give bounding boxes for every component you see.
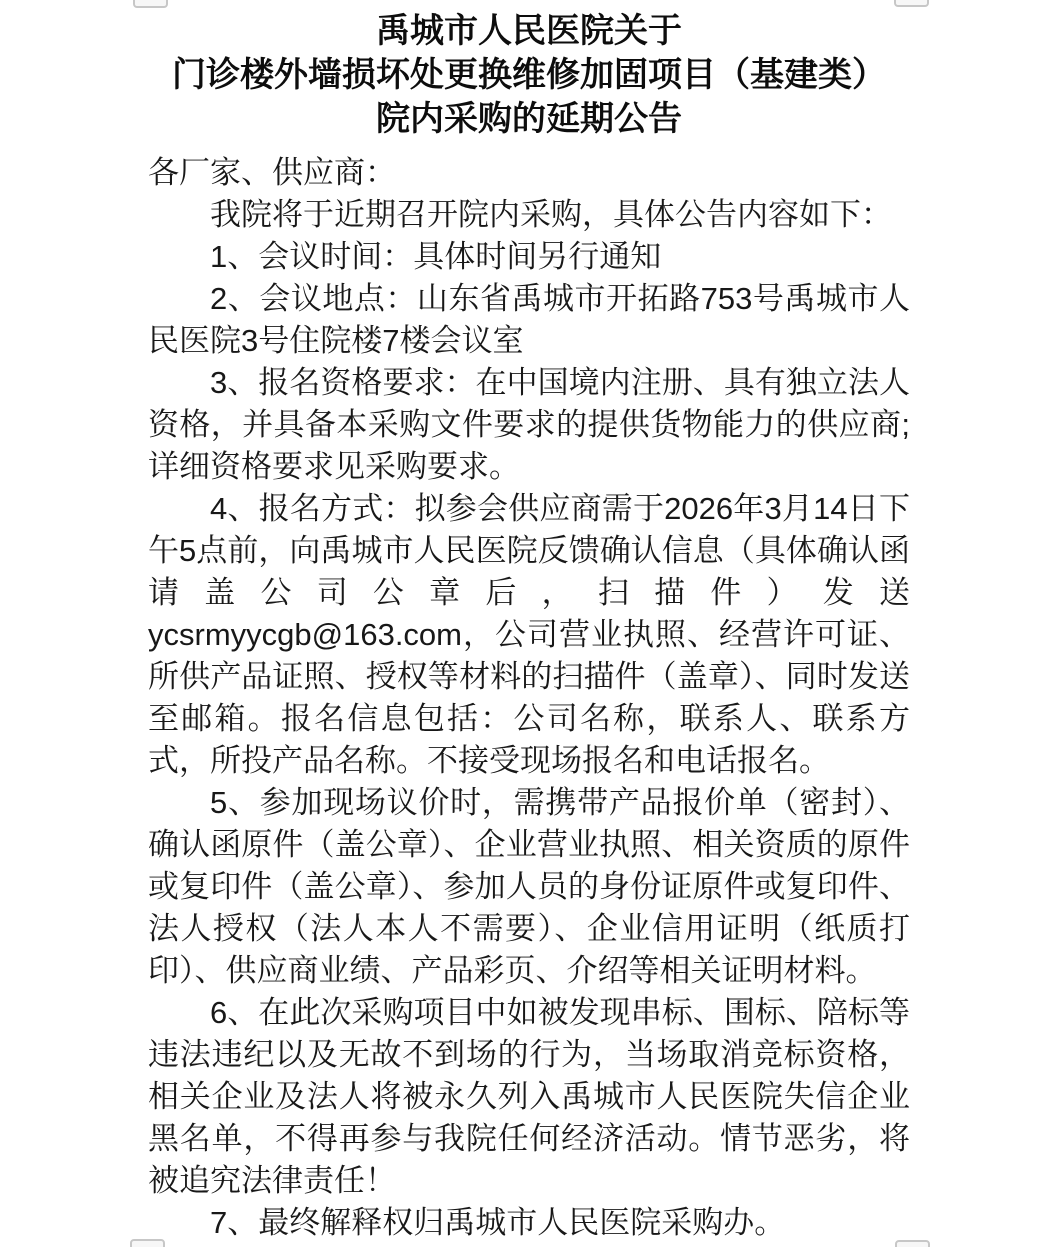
paragraph-5: 4、报名方式：拟参会供应商需于2026年3月14日下午5点前，向禹城市人民医院反… [148, 488, 910, 782]
title-line-1: 禹城市人民医院关于 [148, 9, 910, 53]
paragraph-0: 各厂家、供应商： [148, 152, 910, 194]
page-edge-artifact-top-right [894, 0, 929, 7]
page-edge-artifact-bottom-right [895, 1240, 930, 1247]
paragraph-3: 2、会议地点：山东省禹城市开拓路753号禹城市人民医院3号住院楼7楼会议室 [148, 278, 910, 362]
announcement-body: 各厂家、供应商：我院将于近期召开院内采购，具体公告内容如下：1、会议时间：具体时… [148, 152, 910, 1244]
paragraph-1: 我院将于近期召开院内采购，具体公告内容如下： [148, 194, 910, 236]
document-page: 禹城市人民医院关于 门诊楼外墙损坏处更换维修加固项目（基建类） 院内采购的延期公… [0, 0, 1060, 1247]
announcement-title: 禹城市人民医院关于 门诊楼外墙损坏处更换维修加固项目（基建类） 院内采购的延期公… [148, 9, 910, 141]
paragraph-6: 5、参加现场议价时，需携带产品报价单（密封）、确认函原件（盖公章）、企业营业执照… [148, 782, 910, 992]
paragraph-7: 6、在此次采购项目中如被发现串标、围标、陪标等违法违纪以及无故不到场的行为，当场… [148, 992, 910, 1202]
paragraph-8: 7、最终解释权归禹城市人民医院采购办。 [148, 1202, 910, 1244]
paragraph-4: 3、报名资格要求：在中国境内注册、具有独立法人资格，并具备本采购文件要求的提供货… [148, 362, 910, 488]
page-edge-artifact-top-left [133, 0, 168, 8]
title-line-3: 院内采购的延期公告 [148, 97, 910, 141]
title-line-2: 门诊楼外墙损坏处更换维修加固项目（基建类） [148, 53, 910, 97]
paragraph-2: 1、会议时间：具体时间另行通知 [148, 236, 910, 278]
page-edge-artifact-bottom-left [130, 1239, 165, 1247]
